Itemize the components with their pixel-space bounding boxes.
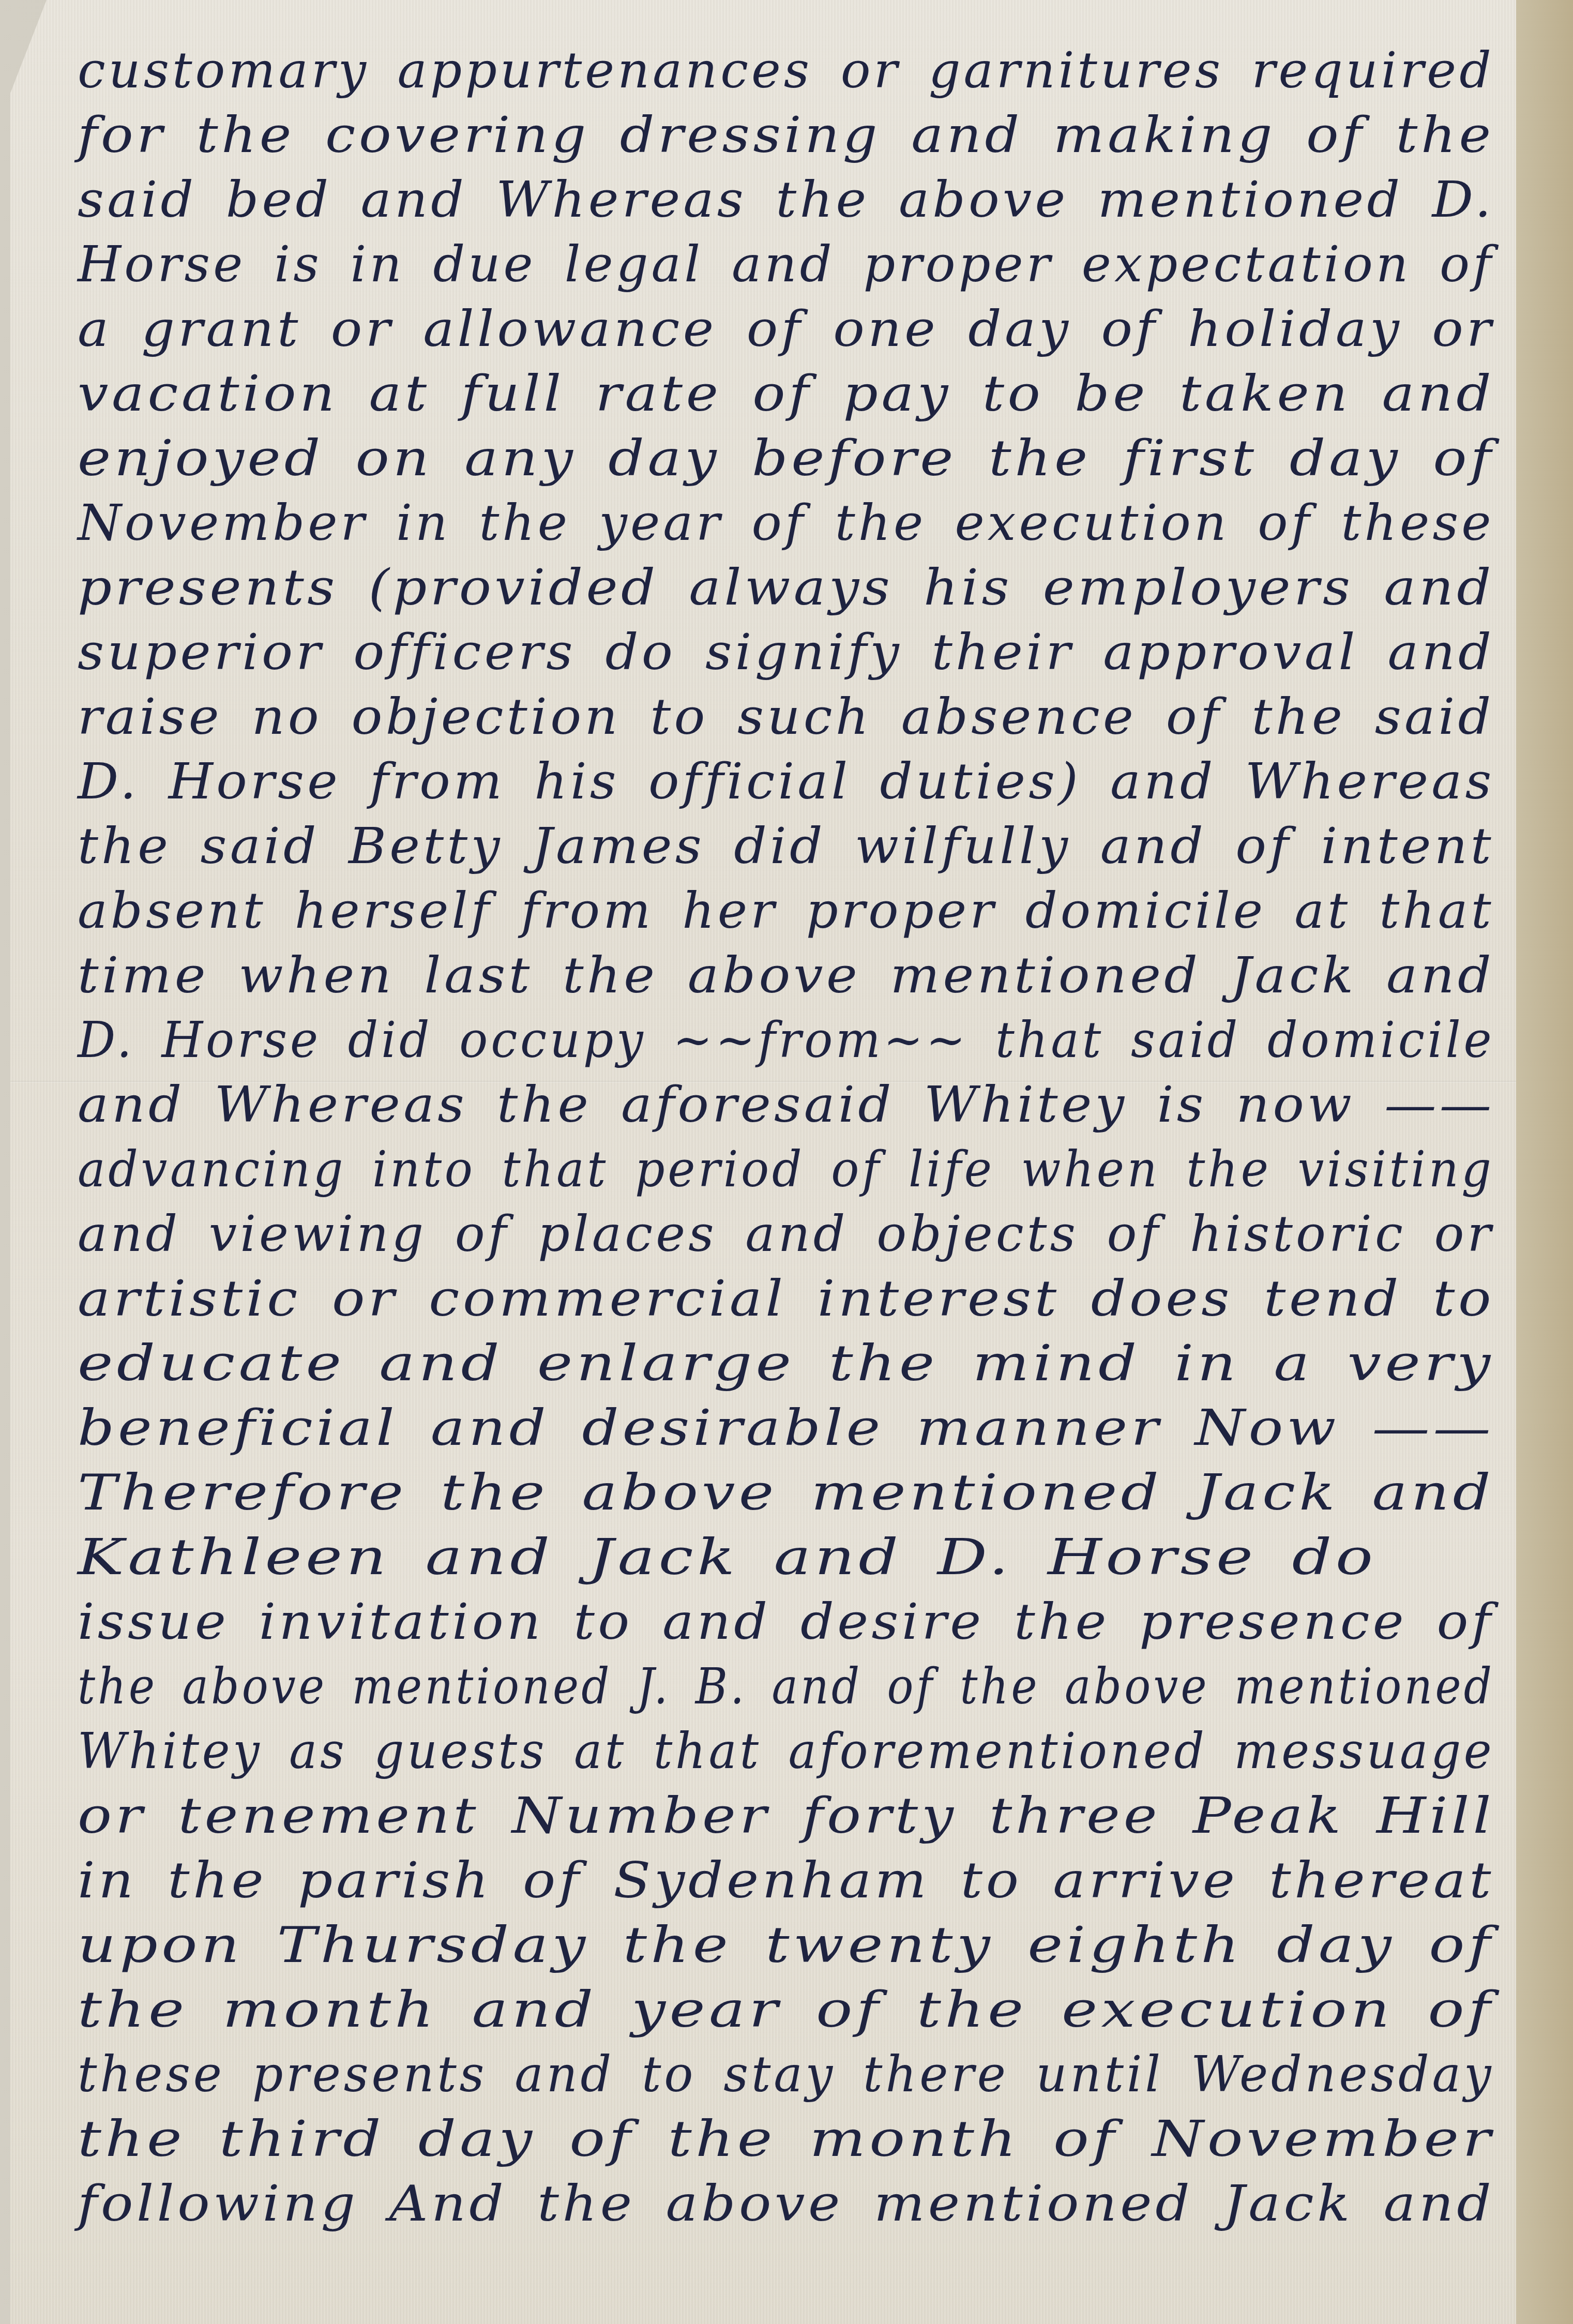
underlying-page-edge — [1516, 0, 1573, 2324]
text-line: the above mentioned J. B. and of the abo… — [78, 1657, 1494, 1715]
text-line: superior officers do signify their appro… — [78, 623, 1494, 681]
text-line: a grant or allowance of one day of holid… — [78, 300, 1494, 358]
text-line: or tenement Number forty three Peak Hill — [78, 1787, 1494, 1845]
text-line: D. Horse did occupy ~~from~~ that said d… — [78, 1011, 1494, 1069]
text-line: and viewing of places and objects of his… — [78, 1205, 1494, 1263]
text-line: the third day of the month of November — [78, 2110, 1494, 2168]
text-line: following And the above mentioned Jack a… — [78, 2175, 1494, 2232]
text-line: Therefore the above mentioned Jack and — [78, 1463, 1494, 1521]
text-line: advancing into that period of life when … — [78, 1140, 1494, 1198]
text-line: educate and enlarge the mind in a very — [78, 1334, 1494, 1392]
text-line: said bed and Whereas the above mentioned… — [78, 171, 1494, 229]
text-line: D. Horse from his official duties) and W… — [78, 752, 1494, 810]
text-line: artistic or commercial interest does ten… — [78, 1270, 1494, 1327]
text-line: Horse is in due legal and proper expecta… — [78, 235, 1494, 293]
text-line: the said Betty James did wilfully and of… — [78, 817, 1494, 875]
text-line: beneficial and desirable manner Now —— — [78, 1399, 1494, 1457]
text-line: raise no objection to such absence of th… — [78, 688, 1494, 746]
text-line: and Whereas the aforesaid Whitey is now … — [78, 1076, 1494, 1134]
text-line: Whitey as guests at that aforementioned … — [78, 1722, 1494, 1780]
text-line: enjoyed on any day before the first day … — [78, 429, 1494, 487]
text-line: absent herself from her proper domicile … — [78, 882, 1494, 940]
text-line: Kathleen and Jack and D. Horse do — [78, 1528, 1377, 1586]
text-line: these presents and to stay there until W… — [78, 2045, 1494, 2103]
text-line: time when last the above mentioned Jack … — [78, 946, 1494, 1004]
text-line: presents (provided always his employers … — [78, 559, 1494, 616]
text-line: in the parish of Sydenham to arrive ther… — [78, 1851, 1494, 1909]
text-line: the month and year of the execution of — [78, 1981, 1494, 2039]
text-line: customary appurtenances or garnitures re… — [78, 41, 1494, 99]
text-line: issue invitation to and desire the prese… — [78, 1593, 1494, 1651]
text-line: vacation at full rate of pay to be taken… — [78, 365, 1494, 422]
text-line: November in the year of the execution of… — [78, 494, 1494, 552]
text-line: upon Thursday the twenty eighth day of — [78, 1916, 1494, 1974]
text-line: for the covering dressing and making of … — [78, 106, 1494, 164]
